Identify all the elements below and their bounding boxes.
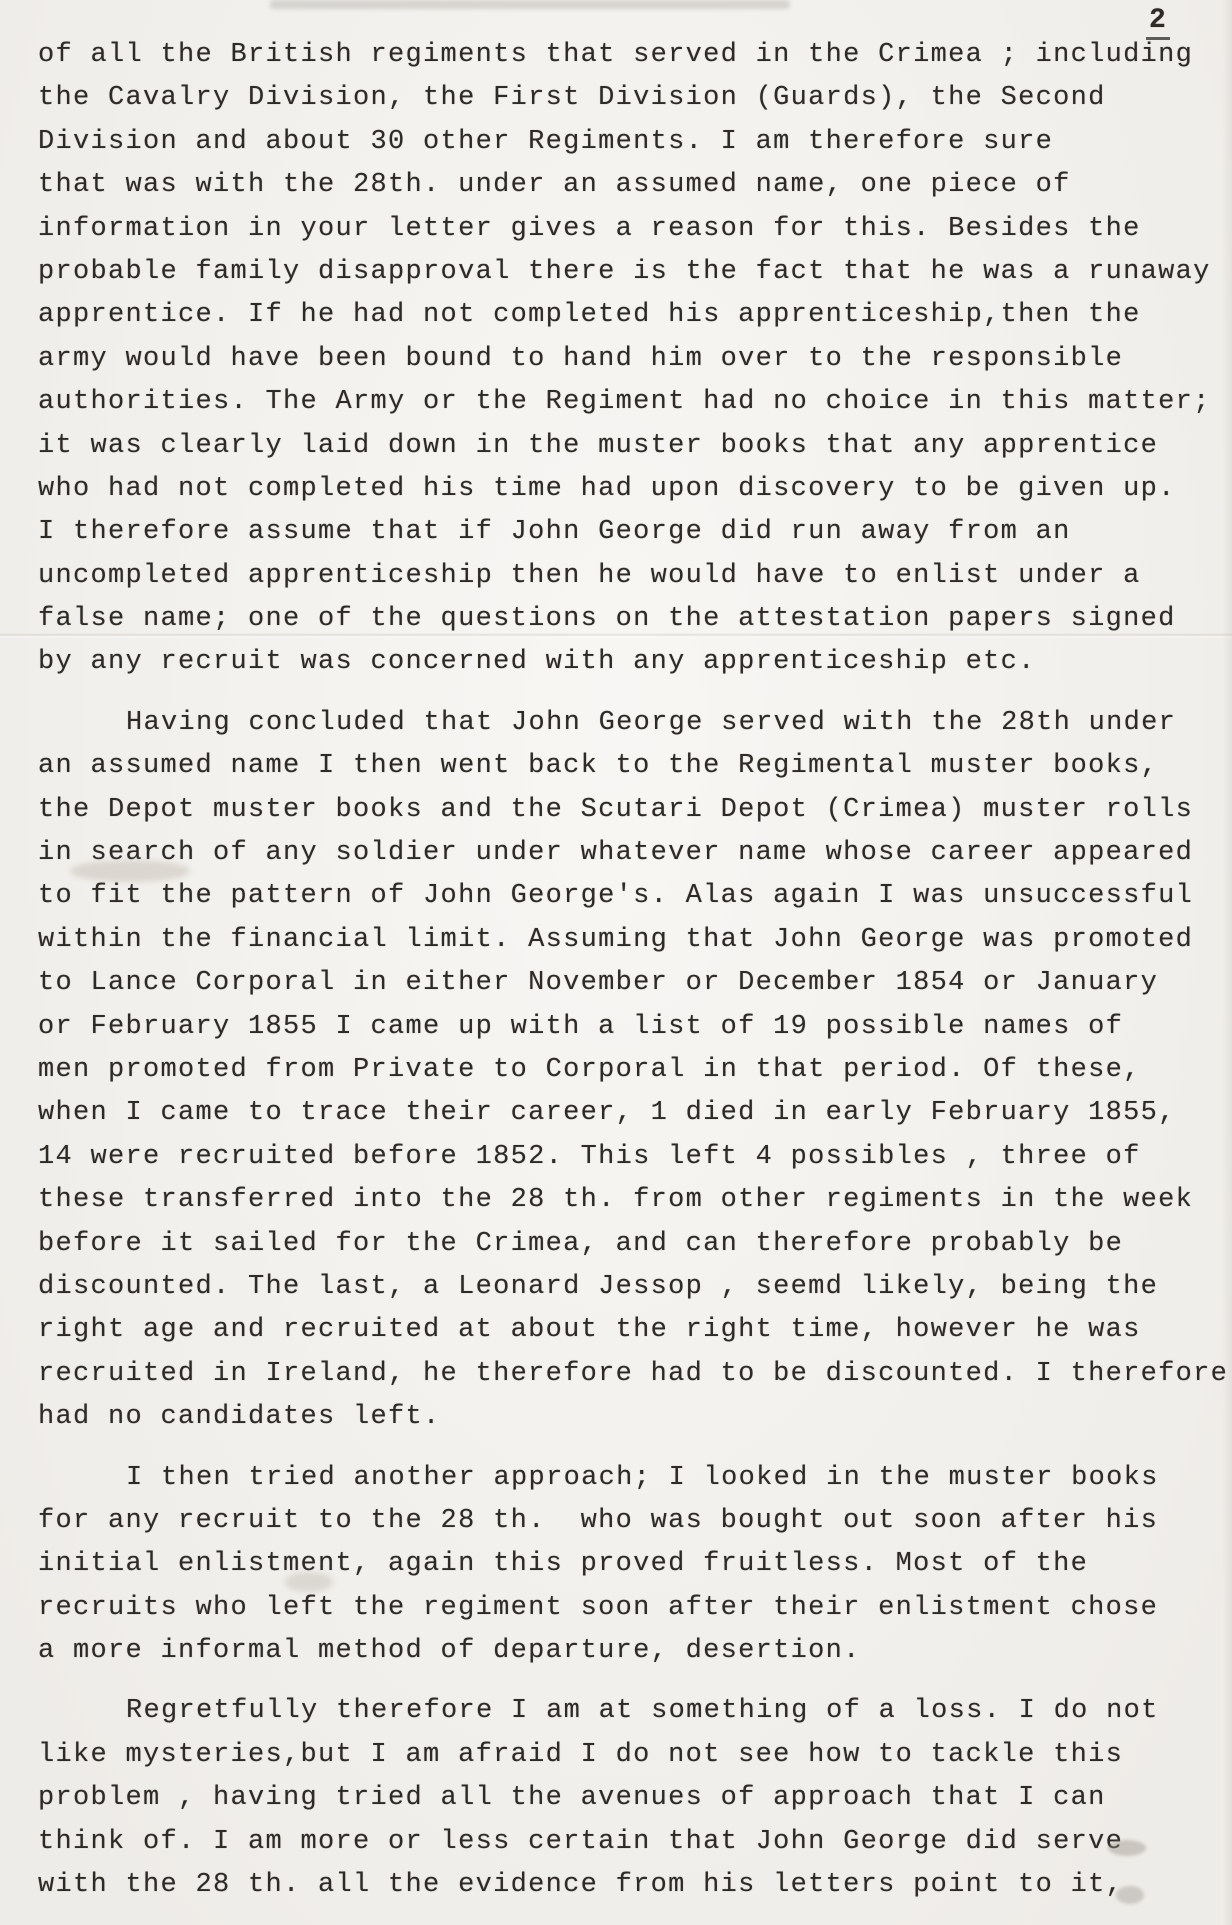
scan-ghost-mark — [270, 0, 790, 9]
text-line: I therefore assume that if John George d… — [38, 511, 1218, 554]
text-line: by any recruit was concerned with any ap… — [38, 641, 1218, 684]
scan-edge-shadow — [1222, 0, 1232, 1925]
text-line: within the financial limit. Assuming tha… — [38, 919, 1218, 962]
text-line: Regretfully therefore I am at something … — [38, 1690, 1218, 1733]
text-line: discounted. The last, a Leonard Jessop ,… — [38, 1266, 1218, 1309]
text-line: think of. I am more or less certain that… — [38, 1821, 1218, 1864]
text-line: Having concluded that John George served… — [38, 702, 1218, 745]
text-line: the Cavalry Division, the First Division… — [38, 77, 1218, 120]
text-line: recruited in Ireland, he therefore had t… — [38, 1353, 1218, 1396]
text-line: false name; one of the questions on the … — [38, 598, 1218, 641]
text-line: apprentice. If he had not completed his … — [38, 294, 1218, 337]
text-line: in search of any soldier under whatever … — [38, 832, 1218, 875]
text-line: had no candidates left. — [38, 1396, 1218, 1439]
text-line: Division and about 30 other Regiments. I… — [38, 121, 1218, 164]
text-line: like mysteries,but I am afraid I do not … — [38, 1734, 1218, 1777]
text-line: probable family disapproval there is the… — [38, 251, 1218, 294]
text-line: to fit the pattern of John George's. Ala… — [38, 875, 1218, 918]
text-line: 14 were recruited before 1852. This left… — [38, 1136, 1218, 1179]
text-line: for any recruit to the 28 th. who was bo… — [38, 1500, 1218, 1543]
text-line: to Lance Corporal in either November or … — [38, 962, 1218, 1005]
text-line: recruits who left the regiment soon afte… — [38, 1587, 1218, 1630]
text-line: uncompleted apprenticeship then he would… — [38, 555, 1218, 598]
text-line: initial enlistment, again this proved fr… — [38, 1543, 1218, 1586]
text-line: right age and recruited at about the rig… — [38, 1309, 1218, 1352]
text-line: men promoted from Private to Corporal in… — [38, 1049, 1218, 1092]
text-line: of all the British regiments that served… — [38, 34, 1218, 77]
text-line: an assumed name I then went back to the … — [38, 745, 1218, 788]
text-line: the Depot muster books and the Scutari D… — [38, 789, 1218, 832]
text-line: it was clearly laid down in the muster b… — [38, 425, 1218, 468]
text-line: or February 1855 I came up with a list o… — [38, 1006, 1218, 1049]
text-line: when I came to trace their career, 1 die… — [38, 1092, 1218, 1135]
text-line: that was with the 28th. under an assumed… — [38, 164, 1218, 207]
text-line: army would have been bound to hand him o… — [38, 338, 1218, 381]
text-line: information in your letter gives a reaso… — [38, 208, 1218, 251]
text-line: a more informal method of departure, des… — [38, 1630, 1218, 1673]
text-line: before it sailed for the Crimea, and can… — [38, 1223, 1218, 1266]
paragraph: Having concluded that John George served… — [38, 702, 1218, 1440]
paragraph: of all the British regiments that served… — [38, 34, 1218, 685]
letter-body: of all the British regiments that served… — [38, 34, 1218, 1907]
letter-page: 2 of all the British regiments that serv… — [0, 0, 1232, 1925]
text-line: with the 28 th. all the evidence from hi… — [38, 1864, 1218, 1907]
text-line: who had not completed his time had upon … — [38, 468, 1218, 511]
text-line: I then tried another approach; I looked … — [38, 1457, 1218, 1500]
text-line: these transferred into the 28 th. from o… — [38, 1179, 1218, 1222]
text-line: problem , having tried all the avenues o… — [38, 1777, 1218, 1820]
paragraph: I then tried another approach; I looked … — [38, 1457, 1218, 1674]
paragraph: Regretfully therefore I am at something … — [38, 1690, 1218, 1907]
text-line: authorities. The Army or the Regiment ha… — [38, 381, 1218, 424]
